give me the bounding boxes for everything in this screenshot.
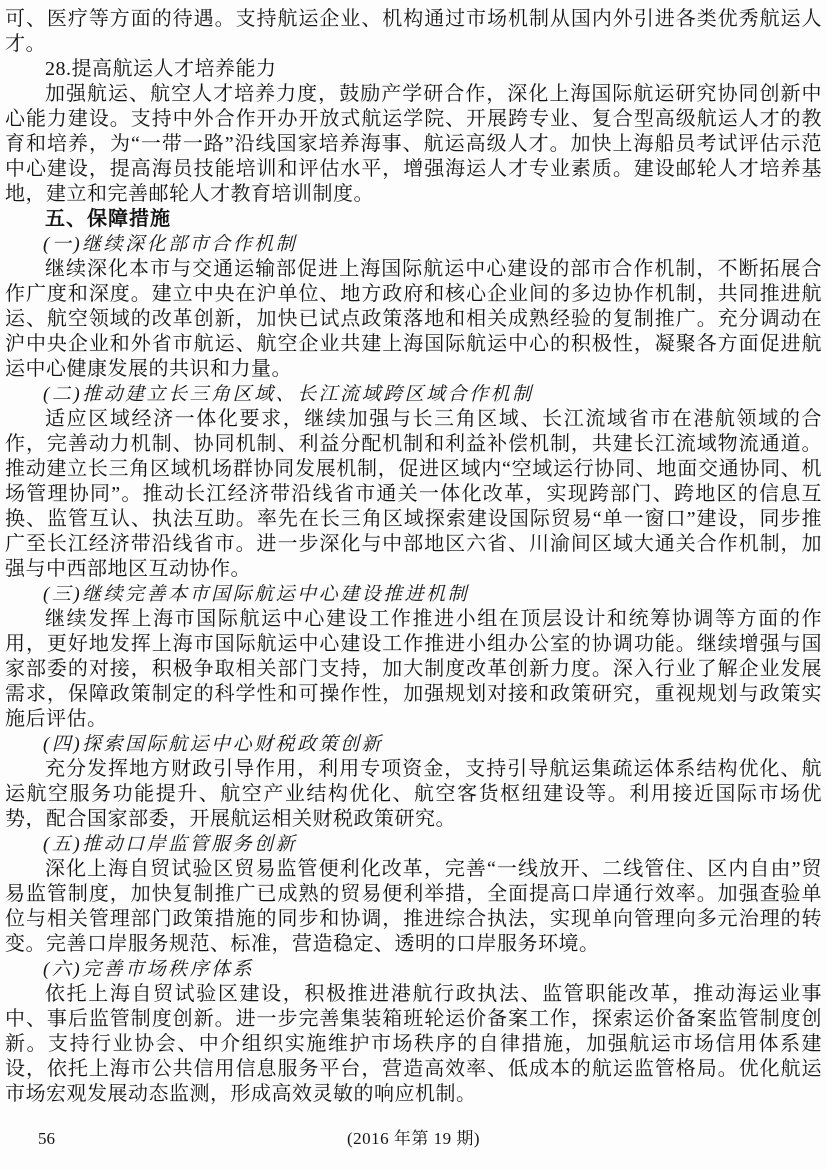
subsection-1-heading: (一)继续深化部市合作机制: [5, 232, 822, 257]
subsection-6-paragraph: 依托上海自贸试验区建设，积极推进港航行政执法、监管职能改革，推动海运业事中、事后…: [5, 982, 822, 1107]
page-number: 56: [38, 1128, 55, 1150]
subsection-2-heading: (二)推动建立长三角区域、长江流域跨区域合作机制: [5, 382, 822, 407]
subsection-3-heading: (三)继续完善本市国际航运中心建设推进机制: [5, 582, 822, 607]
page-footer: 56 (2016 年第 19 期): [0, 1128, 827, 1156]
subsection-4-heading: (四)探索国际航运中心财税政策创新: [5, 732, 822, 757]
document-body: 可、医疗等方面的待遇。支持航运企业、机构通过市场机制从国内外引进各类优秀航运人才…: [0, 0, 827, 1107]
issue-label: (2016 年第 19 期): [0, 1128, 827, 1150]
subsection-2-paragraph: 适应区域经济一体化要求，继续加强与长三角区域、长江流域省市在港航领域的合作，完善…: [5, 407, 822, 582]
subsection-6-heading: (六)完善市场秩序体系: [5, 957, 822, 982]
section-5-heading: 五、保障措施: [5, 207, 822, 232]
subsection-3-paragraph: 继续发挥上海市国际航运中心建设工作推进小组在顶层设计和统筹协调等方面的作用，更好…: [5, 607, 822, 732]
subsection-5-paragraph: 深化上海自贸试验区贸易监管便利化改革，完善“一线放开、二线管住、区内自由”贸易监…: [5, 857, 822, 957]
item-28-heading: 28.提高航运人才培养能力: [5, 57, 822, 82]
subsection-5-heading: (五)推动口岸监管服务创新: [5, 832, 822, 857]
document-page: 可、医疗等方面的待遇。支持航运企业、机构通过市场机制从国内外引进各类优秀航运人才…: [0, 0, 827, 1170]
continued-paragraph: 可、医疗等方面的待遇。支持航运企业、机构通过市场机制从国内外引进各类优秀航运人才…: [5, 7, 822, 57]
subsection-4-paragraph: 充分发挥地方财政引导作用，利用专项资金，支持引导航运集疏运体系结构优化、航运航空…: [5, 757, 822, 832]
item-28-paragraph: 加强航运、航空人才培养力度，鼓励产学研合作，深化上海国际航运研究协同创新中心能力…: [5, 82, 822, 207]
subsection-1-paragraph: 继续深化本市与交通运输部促进上海国际航运中心建设的部市合作机制，不断拓展合作广度…: [5, 257, 822, 382]
